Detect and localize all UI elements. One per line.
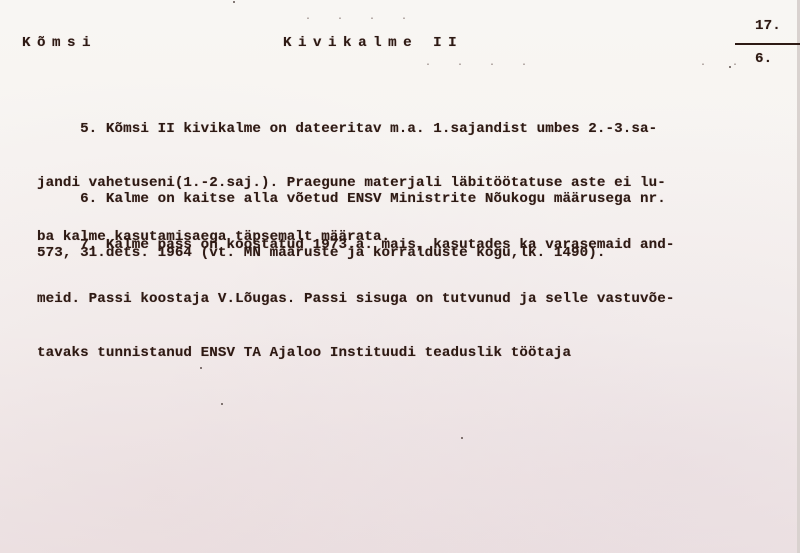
typing-dots: . . [700,58,748,69]
typing-dots: . . . . [425,58,537,69]
text-line: 7. Kalme pass on koostatud 1973.a. mais,… [37,236,674,254]
archive-card: Kõmsi Kivikalme II . . . . . . . . . . 1… [0,0,800,553]
text-line: meid. Passi koostaja V.Lõugas. Passi sis… [37,290,674,308]
dust-speck [221,403,223,405]
paragraph-7: 7. Kalme pass on koostatud 1973.a. mais,… [37,200,674,398]
text-line: tavaks tunnistanud ENSV TA Ajaloo Instit… [37,344,674,362]
typing-dots: . . . . [305,12,417,23]
text-line: 5. Kõmsi II kivikalme on dateeritav m.a.… [37,120,666,138]
location-header: Kõmsi [22,35,97,51]
page-number: 17. [755,18,781,34]
sheet-number: 6. [755,51,772,67]
fraction-divider [735,43,800,45]
document-title: Kivikalme II [283,35,463,51]
dust-speck [233,1,235,3]
dust-speck [461,437,463,439]
